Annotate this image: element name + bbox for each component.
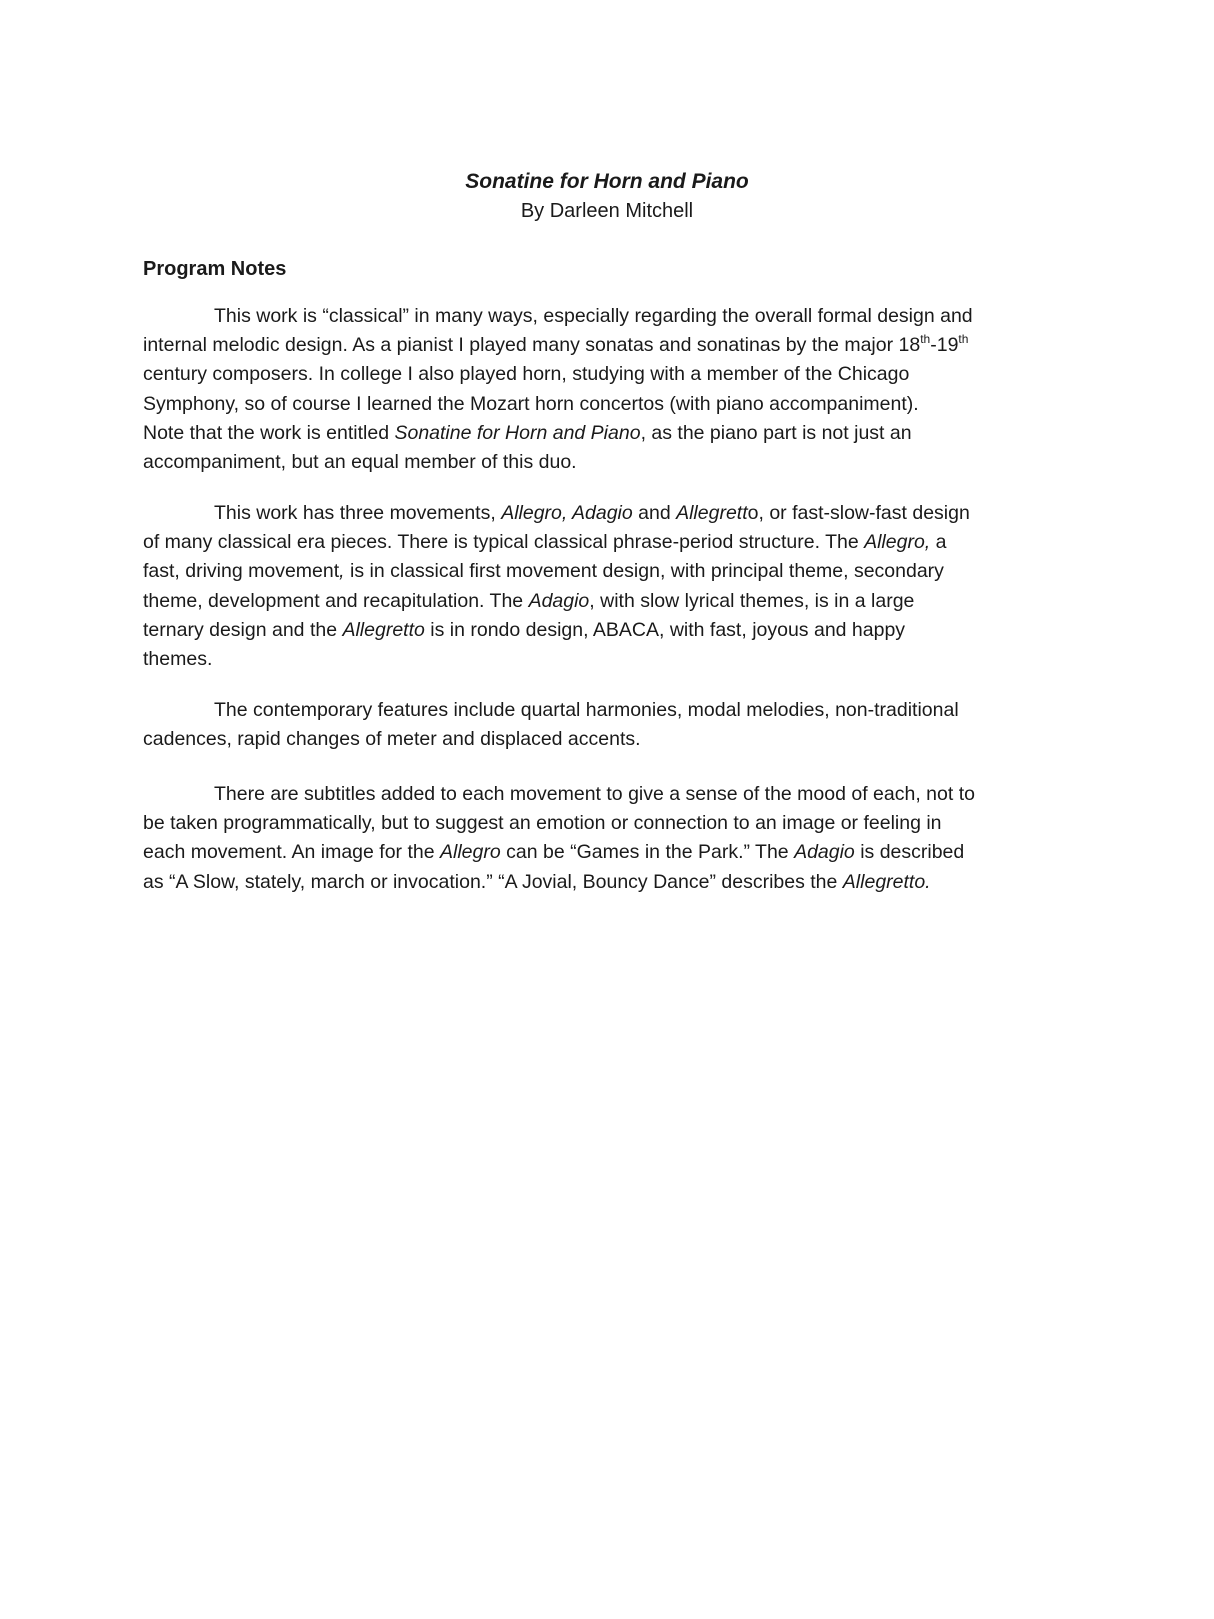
paragraph-line: each movement. An image for the Allegro …: [143, 838, 1083, 867]
paragraph-line: be taken programmatically, but to sugges…: [143, 809, 1083, 838]
text-run: can be “Games in the Park.” The: [501, 841, 794, 863]
paragraph-line: This work has three movements, Allegro, …: [143, 499, 1083, 528]
paragraph-line: century composers. In college I also pla…: [143, 360, 1083, 389]
paragraph-line: as “A Slow, stately, march or invocation…: [143, 868, 1083, 897]
text-run: o, or fast-slow-fast design: [748, 502, 970, 524]
italic-title: Sonatine for Horn and Piano: [394, 422, 640, 444]
italic-term: Allegro, Adagio: [501, 502, 633, 524]
italic-term: Adagio: [529, 590, 590, 612]
paragraph-line: theme, development and recapitulation. T…: [143, 587, 1083, 616]
superscript: th: [958, 332, 968, 346]
paragraph-3: The contemporary features include quarta…: [143, 696, 1083, 754]
paragraph-line: fast, driving movement, is in classical …: [143, 557, 1083, 586]
text-run: is in rondo design, ABACA, with fast, jo…: [425, 619, 905, 641]
text-run: a: [930, 531, 946, 553]
text-run: , as the piano part is not just an: [641, 422, 912, 444]
paragraph-line: internal melodic design. As a pianist I …: [143, 331, 1083, 360]
text-run: is described: [855, 841, 964, 863]
text-run: and: [633, 502, 676, 524]
paragraph-line: Symphony, so of course I learned the Moz…: [143, 390, 1083, 419]
paragraph-line: The contemporary features include quarta…: [143, 696, 1083, 725]
paragraph-line: This work is “classical” in many ways, e…: [143, 302, 1083, 331]
text-run: each movement. An image for the: [143, 841, 440, 863]
document-page: Sonatine for Horn and Piano By Darleen M…: [0, 0, 1214, 1619]
section-heading-program-notes: Program Notes: [143, 255, 286, 283]
paragraph-2: This work has three movements, Allegro, …: [143, 499, 1083, 674]
text-run: of many classical era pieces. There is t…: [143, 531, 864, 553]
document-title: Sonatine for Horn and Piano: [0, 168, 1214, 196]
text-run: Note that the work is entitled: [143, 422, 394, 444]
text-run: theme, development and recapitulation. T…: [143, 590, 529, 612]
text-run: as “A Slow, stately, march or invocation…: [143, 871, 843, 893]
italic-term: Allegretto: [342, 619, 424, 641]
text-run: This work has three movements,: [214, 502, 501, 524]
italic-term: Adagio: [794, 841, 855, 863]
paragraph-line: themes.: [143, 645, 1083, 674]
paragraph-line: Note that the work is entitled Sonatine …: [143, 419, 1083, 448]
text-run: -19: [930, 334, 958, 356]
text-run: fast, driving movement: [143, 560, 339, 582]
paragraph-line: ternary design and the Allegretto is in …: [143, 616, 1083, 645]
text-run: , with slow lyrical themes, is in a larg…: [589, 590, 914, 612]
text-run: internal melodic design. As a pianist I …: [143, 334, 920, 356]
italic-term: Allegro,: [864, 531, 930, 553]
document-author: By Darleen Mitchell: [0, 197, 1214, 225]
italic-term: Allegrett: [676, 502, 748, 524]
italic-term: Allegro: [440, 841, 501, 863]
superscript: th: [920, 332, 930, 346]
text-run: ternary design and the: [143, 619, 342, 641]
paragraph-line: cadences, rapid changes of meter and dis…: [143, 725, 1083, 754]
paragraph-4: There are subtitles added to each moveme…: [143, 780, 1083, 897]
paragraph-line: accompaniment, but an equal member of th…: [143, 448, 1083, 477]
text-run: is in classical first movement design, w…: [345, 560, 944, 582]
paragraph-line: of many classical era pieces. There is t…: [143, 528, 1083, 557]
paragraph-1: This work is “classical” in many ways, e…: [143, 302, 1083, 477]
italic-term: Allegretto.: [843, 871, 931, 893]
paragraph-line: There are subtitles added to each moveme…: [143, 780, 1083, 809]
